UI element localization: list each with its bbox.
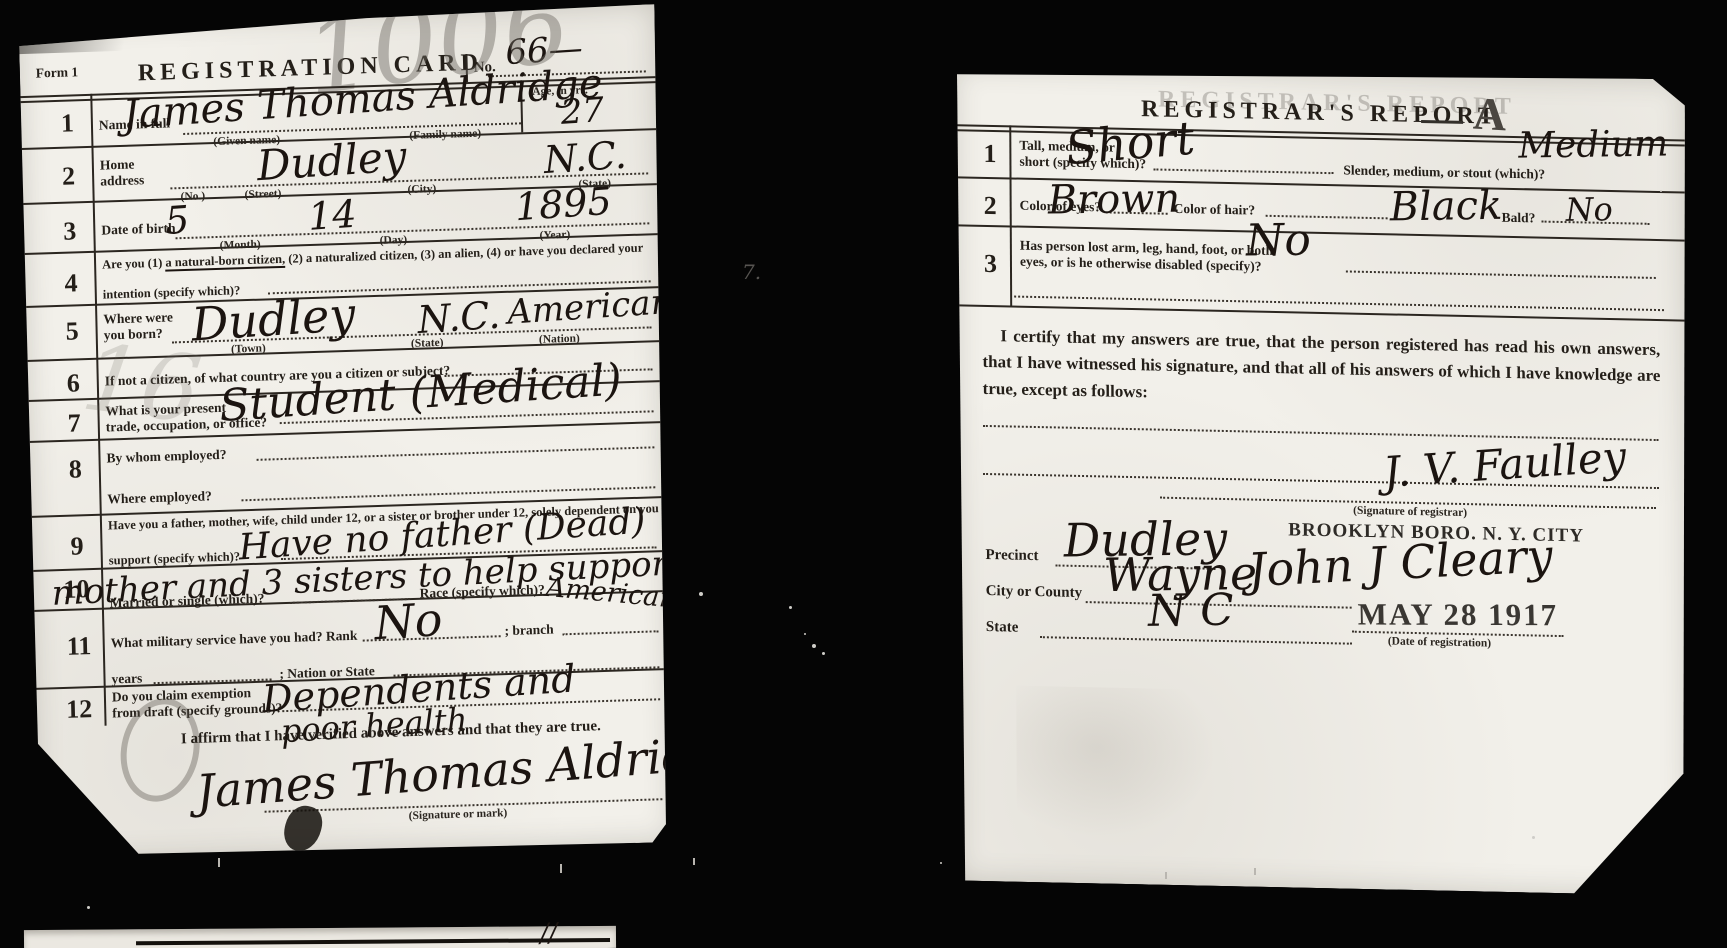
- bald-label: Bald?: [1502, 210, 1536, 227]
- form-number-label: Form 1: [36, 64, 79, 81]
- dust-tick: [218, 858, 220, 867]
- date-stamp: MAY 28 1917: [1357, 597, 1558, 634]
- married-label: Married or single (which)?: [110, 591, 265, 612]
- employer-line: [257, 446, 655, 461]
- partial-card-border-line: [136, 938, 610, 945]
- report-number-3: 3: [984, 249, 997, 279]
- registration-card: Form 1 REGISTRATION CARD No. 66— 1006 1 …: [19, 4, 674, 862]
- precinct-label: Precinct: [985, 547, 1038, 565]
- certification-text: I certify that my answers are true, that…: [982, 323, 1660, 416]
- number-column-line: [1009, 125, 1012, 305]
- field-number-2: 2: [62, 161, 76, 191]
- year-sub: (Year): [539, 229, 570, 242]
- dust-speck: [699, 592, 703, 596]
- citizen-q-pre: Are you (1): [102, 256, 166, 272]
- home-address-label-1: Home: [100, 157, 135, 174]
- registrars-report-card: REGISTRAR'S REPORT REGISTRAR'S REPORT A …: [953, 64, 1689, 896]
- partial-pen-marks: //: [539, 920, 558, 947]
- birth-month-value: 5: [164, 200, 190, 240]
- military-rank-value: No: [373, 596, 443, 646]
- military-years-label: years: [111, 671, 142, 688]
- state-label: State: [986, 619, 1019, 637]
- birth-year-value: 1895: [514, 182, 613, 226]
- dust-tick: [1165, 872, 1167, 879]
- day-sub: (Day): [380, 234, 408, 247]
- partial-card-edge: //: [24, 926, 616, 948]
- report-number-1: 1: [983, 139, 996, 169]
- born-nation-value: American: [506, 285, 673, 330]
- state-value: N C: [1147, 589, 1235, 634]
- field-number-9: 9: [70, 531, 84, 561]
- stamp-letter-a: A: [1472, 87, 1507, 142]
- dust-tick: [560, 864, 562, 873]
- hair-label: Color of hair?: [1174, 201, 1256, 219]
- born-town-value: Dudley: [190, 291, 356, 348]
- address-city-sub: (City): [407, 183, 436, 196]
- nation-sub: (Nation): [539, 333, 580, 346]
- date-caption: (Date of registration): [1388, 635, 1491, 649]
- registrar-signature-caption: (Signature of registrar): [1353, 505, 1467, 519]
- employed-where-label: Where employed?: [107, 488, 212, 507]
- height-value: Short: [1063, 115, 1197, 172]
- dust-speck: [822, 652, 825, 655]
- employer-label: By whom employed?: [106, 447, 226, 467]
- state-line: [1040, 636, 1352, 645]
- pencil-dust-mark: 7.: [742, 262, 761, 282]
- torn-edge: [19, 27, 169, 54]
- county-label: City or County: [986, 583, 1082, 602]
- dust-speck: [812, 644, 816, 648]
- born-state-value: N.C.: [416, 296, 501, 339]
- address-city-value: Dudley: [256, 135, 408, 187]
- height-line: [1153, 168, 1333, 174]
- dust-speck: [1660, 190, 1662, 192]
- dust-speck: [789, 606, 792, 609]
- home-address-label-2: address: [100, 172, 144, 189]
- paper-smudge: [1016, 686, 1217, 840]
- eyes-value: Brown: [1047, 179, 1181, 221]
- field-number-5: 5: [65, 316, 79, 346]
- military-rank-label: What military service have you had? Rank: [111, 628, 358, 652]
- dust-speck: [87, 906, 90, 909]
- field-number-12: 12: [66, 694, 93, 725]
- field-number-8: 8: [68, 454, 82, 484]
- branch-line: [563, 630, 659, 635]
- build-label: Slender, medium, or stout (which)?: [1343, 162, 1545, 182]
- dust-speck: [940, 862, 942, 864]
- address-state-value: N.C.: [543, 136, 628, 179]
- field-number-4: 4: [64, 268, 78, 298]
- disability-value: No: [1245, 219, 1312, 264]
- birth-day-value: 14: [307, 195, 357, 236]
- dust-tick: [1254, 868, 1256, 875]
- scanned-document-page: Form 1 REGISTRATION CARD No. 66— 1006 1 …: [0, 0, 1727, 948]
- dust-tick: [693, 858, 695, 865]
- citizen-question-line-1: Are you (1) a natural-born citizen, (2) …: [102, 241, 643, 273]
- disability-line: [1346, 270, 1656, 278]
- field-number-3: 3: [63, 216, 77, 246]
- dust-speck: [1532, 836, 1535, 839]
- citizen-q-underlined: a natural-born citizen,: [165, 252, 285, 272]
- military-branch-label: ; branch: [504, 622, 553, 640]
- field-number-6: 6: [66, 368, 80, 398]
- signature-caption: (Signature or mark): [409, 807, 508, 822]
- report-number-2: 2: [984, 191, 997, 221]
- bald-value: No: [1565, 193, 1614, 226]
- family-name-sub: (Family name): [409, 128, 481, 142]
- born-label-1: Where were: [103, 309, 173, 327]
- month-sub: (Month): [220, 239, 261, 252]
- dust-speck: [804, 633, 806, 635]
- field-number-11: 11: [66, 631, 91, 662]
- field-number-1: 1: [61, 108, 75, 138]
- second-signature: John J Cleary: [1246, 532, 1554, 593]
- hair-value: Black: [1389, 186, 1503, 228]
- build-value: Medium: [1518, 127, 1669, 165]
- pencil-scrawl: 16: [77, 331, 205, 437]
